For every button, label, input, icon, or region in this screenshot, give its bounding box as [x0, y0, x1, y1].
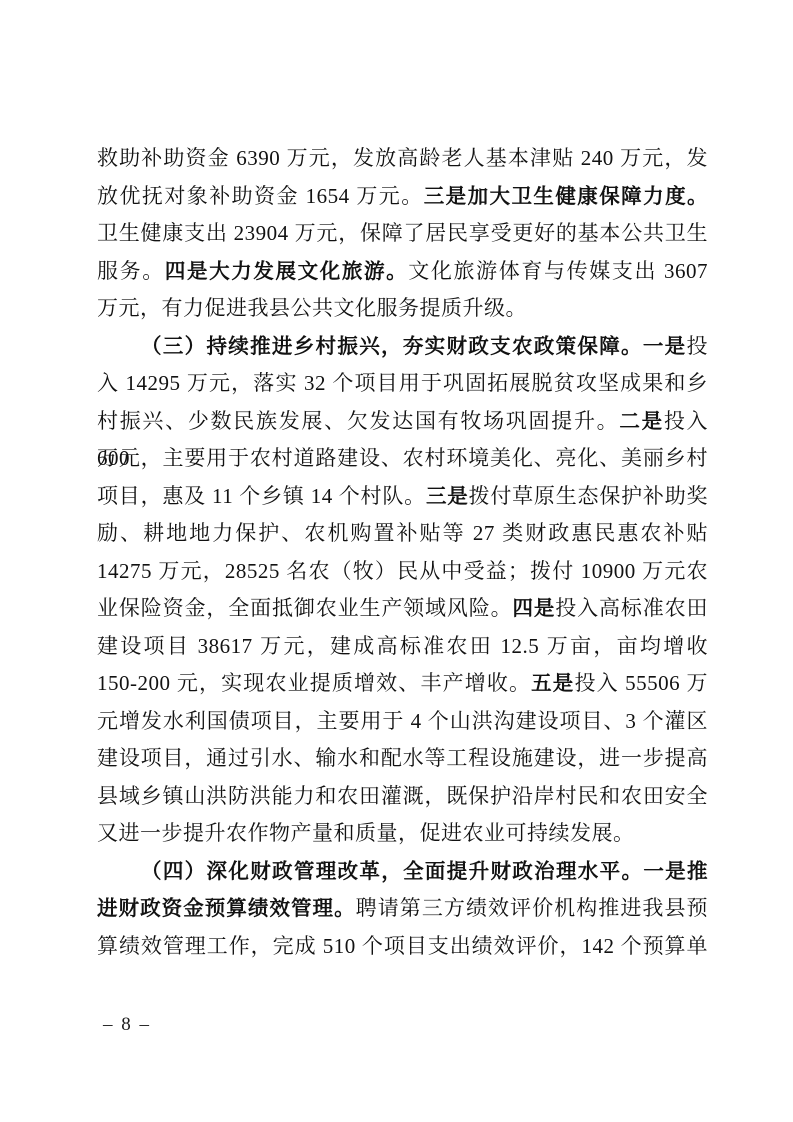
text-segment: 万元，有力促进我县公共文化服务提质升级。 — [97, 296, 527, 320]
text-segment: 投入 55506 万 — [574, 671, 708, 695]
text-segment: 算绩效管理工作，完成 510 个项目支出绩效评价，142 个预算单 — [97, 934, 708, 958]
bold-text-segment: （四）深化财政管理改革，全面提升财政治理水平。一是推 — [141, 860, 708, 883]
text-segment: 150-200 元，实现农业提质增效、丰产增收。 — [97, 671, 531, 695]
bold-text-segment: 五是 — [531, 672, 574, 695]
text-segment: 村振兴、少数民族发展、欠发达国有牧场巩固提升。 — [97, 409, 619, 433]
text-line: 县域乡镇山洪防洪能力和农田灌溉，既保护沿岸村民和农田安全 — [97, 778, 708, 816]
text-line: 服务。四是大力发展文化旅游。文化旅游体育与传媒支出 3607 — [97, 253, 708, 291]
text-segment: 卫生健康支出 23904 万元，保障了居民享受更好的基本公共卫生 — [97, 221, 708, 245]
text-line: 业保险资金，全面抵御农业生产领域风险。四是投入高标准农田 — [97, 590, 708, 628]
bold-text-segment: （三）持续推进乡村振兴，夯实财政支农政策保障。一是 — [141, 335, 687, 358]
page-number: – 8 – — [103, 1012, 151, 1038]
text-line: （三）持续推进乡村振兴，夯实财政支农政策保障。一是投 — [97, 328, 708, 366]
bold-text-segment: 三是 — [426, 485, 469, 508]
text-line: 150-200 元，实现农业提质增效、丰产增收。五是投入 55506 万 — [97, 665, 708, 703]
text-line: 万元，主要用于农村道路建设、农村环境美化、亮化、美丽乡村 — [97, 440, 708, 478]
text-line: 项目，惠及 11 个乡镇 14 个村队。三是拨付草原生态保护补助奖 — [97, 478, 708, 516]
text-line: 村振兴、少数民族发展、欠发达国有牧场巩固提升。二是投入 600 — [97, 403, 708, 441]
bold-text-segment: 四是大力发展文化旅游。 — [165, 260, 408, 283]
text-segment: 建设项目，通过引水、输水和配水等工程设施建设，进一步提高 — [97, 746, 708, 770]
text-line: 入 14295 万元，落实 32 个项目用于巩固拓展脱贫攻坚成果和乡 — [97, 365, 708, 403]
text-line: 救助补助资金 6390 万元，发放高龄老人基本津贴 240 万元，发 — [97, 140, 708, 178]
text-segment: 项目，惠及 11 个乡镇 14 个村队。 — [97, 484, 426, 508]
text-segment: 文化旅游体育与传媒支出 3607 — [408, 259, 708, 283]
text-line: （四）深化财政管理改革，全面提升财政治理水平。一是推 — [97, 853, 708, 891]
text-segment: 拨付草原生态保护补助奖 — [469, 484, 708, 508]
text-line: 建设项目 38617 万元，建成高标准农田 12.5 万亩，亩均增收 — [97, 628, 708, 666]
text-line: 元增发水利国债项目，主要用于 4 个山洪沟建设项目、3 个灌区 — [97, 703, 708, 741]
text-line: 励、耕地地力保护、农机购置补贴等 27 类财政惠民惠农补贴 — [97, 515, 708, 553]
text-segment: 励、耕地地力保护、农机购置补贴等 27 类财政惠民惠农补贴 — [97, 521, 708, 545]
text-segment: 业保险资金，全面抵御农业生产领域风险。 — [97, 596, 513, 620]
text-line: 进财政资金预算绩效管理。聘请第三方绩效评价机构推进我县预 — [97, 890, 708, 928]
text-segment: 万元，主要用于农村道路建设、农村环境美化、亮化、美丽乡村 — [97, 446, 708, 470]
text-line: 放优抚对象补助资金 1654 万元。三是加大卫生健康保障力度。 — [97, 178, 708, 216]
document-body: 救助补助资金 6390 万元，发放高龄老人基本津贴 240 万元，发放优抚对象补… — [97, 140, 708, 965]
document-page: 救助补助资金 6390 万元，发放高龄老人基本津贴 240 万元，发放优抚对象补… — [0, 0, 793, 1122]
text-segment: 投 — [687, 334, 709, 358]
text-line: 14275 万元，28525 名农（牧）民从中受益；拨付 10900 万元农 — [97, 553, 708, 591]
text-segment: 县域乡镇山洪防洪能力和农田灌溉，既保护沿岸村民和农田安全 — [97, 784, 708, 808]
text-segment: 救助补助资金 6390 万元，发放高龄老人基本津贴 240 万元，发 — [97, 146, 708, 170]
bold-text-segment: 二是 — [619, 410, 663, 433]
text-segment: 投入高标准农田 — [555, 596, 708, 620]
text-segment: 服务。 — [97, 259, 165, 283]
text-segment: 放优抚对象补助资金 1654 万元。 — [97, 184, 424, 208]
text-line: 卫生健康支出 23904 万元，保障了居民享受更好的基本公共卫生 — [97, 215, 708, 253]
text-segment: 14275 万元，28525 名农（牧）民从中受益；拨付 10900 万元农 — [97, 559, 708, 583]
text-segment: 元增发水利国债项目，主要用于 4 个山洪沟建设项目、3 个灌区 — [97, 709, 708, 733]
text-segment: 又进一步提升农作物产量和质量，促进农业可持续发展。 — [97, 821, 635, 845]
text-segment: 入 14295 万元，落实 32 个项目用于巩固拓展脱贫攻坚成果和乡 — [97, 371, 708, 395]
text-line: 算绩效管理工作，完成 510 个项目支出绩效评价，142 个预算单 — [97, 928, 708, 966]
text-line: 万元，有力促进我县公共文化服务提质升级。 — [97, 290, 708, 328]
text-segment: 聘请第三方绩效评价机构推进我县预 — [356, 896, 708, 920]
text-line: 建设项目，通过引水、输水和配水等工程设施建设，进一步提高 — [97, 740, 708, 778]
text-segment: 建设项目 38617 万元，建成高标准农田 12.5 万亩，亩均增收 — [97, 634, 708, 658]
bold-text-segment: 三是加大卫生健康保障力度。 — [424, 185, 708, 208]
bold-text-segment: 进财政资金预算绩效管理。 — [97, 897, 356, 920]
text-line: 又进一步提升农作物产量和质量，促进农业可持续发展。 — [97, 815, 708, 853]
bold-text-segment: 四是 — [513, 597, 556, 620]
